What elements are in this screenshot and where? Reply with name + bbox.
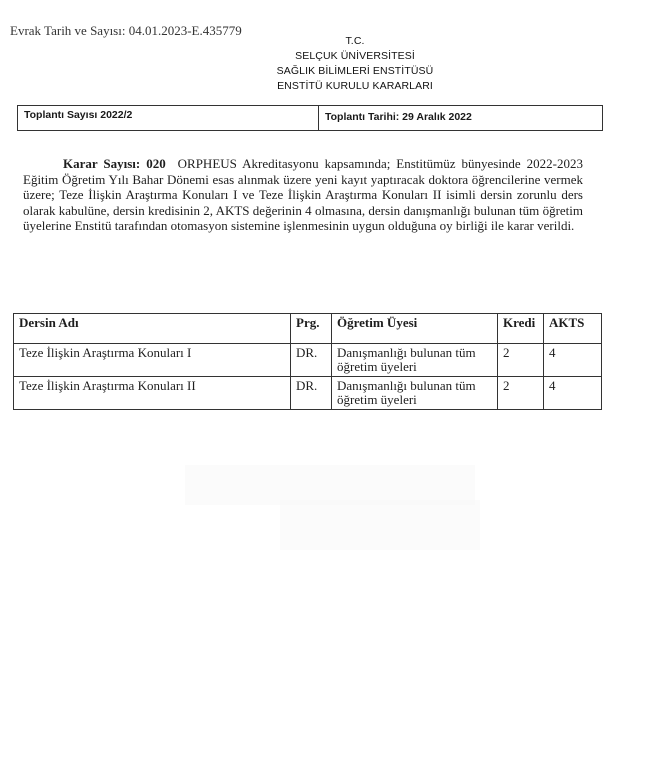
col-header-credit: Kredi [498, 314, 544, 344]
table-row: Teze İlişkin Araştırma Konuları I DR. Da… [14, 344, 602, 377]
cell-instructor: Danışmanlığı bulunan tüm öğretim üyeleri [332, 344, 498, 377]
decision-paragraph: Karar Sayısı: 020 ORPHEUS Akreditasyonu … [23, 156, 583, 234]
meeting-date: Toplantı Tarihi: 29 Aralık 2022 [319, 106, 602, 130]
col-header-program: Prg. [291, 314, 332, 344]
cell-course-name: Teze İlişkin Araştırma Konuları I [14, 344, 291, 377]
cell-ects: 4 [544, 344, 602, 377]
table-row: Teze İlişkin Araştırma Konuları II DR. D… [14, 377, 602, 410]
course-table: Dersin Adı Prg. Öğretim Üyesi Kredi AKTS… [13, 313, 602, 410]
header-line-tc: T.C. [60, 34, 650, 49]
col-header-course-name: Dersin Adı [14, 314, 291, 344]
header-line-institute: SAĞLIK BİLİMLERİ ENSTİTÜSÜ [60, 64, 650, 79]
cell-credit: 2 [498, 344, 544, 377]
meeting-number: Toplantı Sayısı 2022/2 [18, 106, 319, 130]
meeting-info-box: Toplantı Sayısı 2022/2 Toplantı Tarihi: … [17, 105, 603, 131]
cell-program: DR. [291, 377, 332, 410]
col-header-instructor: Öğretim Üyesi [332, 314, 498, 344]
table-header-row: Dersin Adı Prg. Öğretim Üyesi Kredi AKTS [14, 314, 602, 344]
document-header: T.C. SELÇUK ÜNİVERSİTESİ SAĞLIK BİLİMLER… [0, 34, 650, 94]
header-line-university: SELÇUK ÜNİVERSİTESİ [60, 49, 650, 64]
cell-instructor: Danışmanlığı bulunan tüm öğretim üyeleri [332, 377, 498, 410]
cell-credit: 2 [498, 377, 544, 410]
cell-course-name: Teze İlişkin Araştırma Konuları II [14, 377, 291, 410]
scan-artifact [280, 500, 480, 550]
decision-number: Karar Sayısı: 020 [63, 156, 166, 171]
cell-ects: 4 [544, 377, 602, 410]
cell-program: DR. [291, 344, 332, 377]
header-line-board: ENSTİTÜ KURULU KARARLARI [60, 79, 650, 94]
scan-artifact [185, 465, 475, 505]
col-header-ects: AKTS [544, 314, 602, 344]
